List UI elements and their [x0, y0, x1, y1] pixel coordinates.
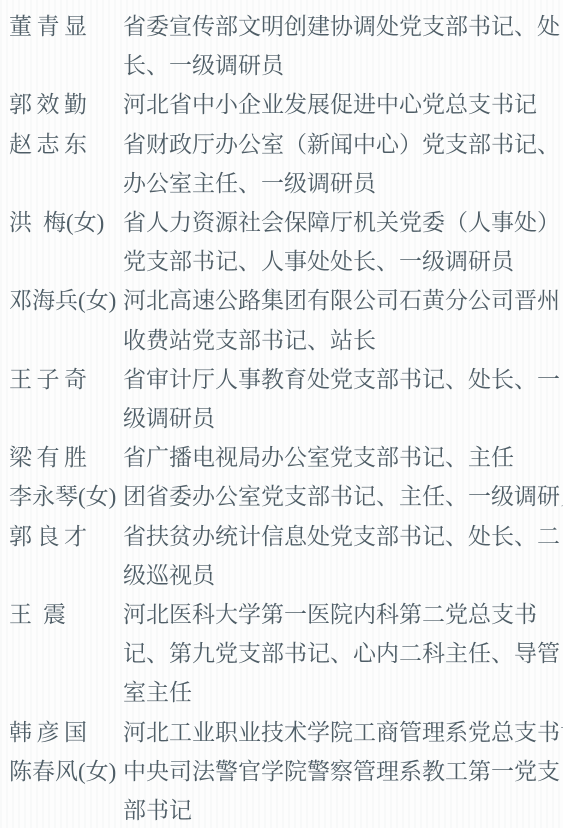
position-line: 省人力资源社会保障厅机关党委（人事处） [123, 203, 563, 242]
list-item: 李永琴(女)团省委办公室党支部书记、主任、一级调研员 [9, 477, 563, 516]
list-item: 韩彦国河北工业职业技术学院工商管理系党总支书记 [9, 713, 563, 752]
person-name-text: 邓海兵 [9, 281, 78, 320]
list-item: 邓海兵(女)河北高速公路集团有限公司石黄分公司晋州收费站党支部书记、站长 [9, 281, 563, 359]
person-name-text: 韩彦国 [9, 713, 87, 752]
person-position: 省扶贫办统计信息处党支部书记、处长、二级巡视员 [123, 517, 563, 595]
position-line: 办公室主任、一级调研员 [123, 164, 563, 203]
position-line: 记、第九党支部书记、心内二科主任、导管 [123, 634, 563, 673]
person-position: 河北省中小企业发展促进中心党总支书记 [123, 85, 563, 124]
person-position: 河北高速公路集团有限公司石黄分公司晋州收费站党支部书记、站长 [123, 281, 563, 359]
person-name: 邓海兵(女) [9, 281, 123, 320]
person-name: 陈春风(女) [9, 752, 123, 791]
person-name: 梁有胜 [9, 438, 123, 477]
list-item: 郭良才省扶贫办统计信息处党支部书记、处长、二级巡视员 [9, 517, 563, 595]
list-item: 郭效勤河北省中小企业发展促进中心党总支书记 [9, 85, 563, 124]
person-name: 郭良才 [9, 517, 123, 556]
person-position: 团省委办公室党支部书记、主任、一级调研员 [123, 477, 563, 516]
position-line: 河北医科大学第一医院内科第二党总支书 [123, 595, 563, 634]
person-position: 省财政厅办公室（新闻中心）党支部书记、办公室主任、一级调研员 [123, 125, 563, 203]
person-name-text: 洪梅 [9, 203, 66, 242]
person-name-text: 陈春风 [9, 752, 78, 791]
position-line: 省委宣传部文明创建协调处党支部书记、处 [123, 7, 563, 46]
person-name: 王震 [9, 595, 123, 634]
person-position: 河北医科大学第一医院内科第二党总支书记、第九党支部书记、心内二科主任、导管室主任 [123, 595, 563, 713]
person-name-text: 王子奇 [9, 360, 87, 399]
person-name: 郭效勤 [9, 85, 123, 124]
female-marker: (女) [78, 288, 116, 313]
person-name-text: 郭效勤 [9, 85, 87, 124]
person-name-text: 李永琴 [9, 477, 78, 516]
position-line: 团省委办公室党支部书记、主任、一级调研员 [123, 477, 563, 516]
person-position: 省委宣传部文明创建协调处党支部书记、处长、一级调研员 [123, 7, 563, 85]
person-position: 河北工业职业技术学院工商管理系党总支书记 [123, 713, 563, 752]
position-line: 中央司法警官学院警察管理系教工第一党支 [123, 752, 563, 791]
list-item: 洪梅(女)省人力资源社会保障厅机关党委（人事处）党支部书记、人事处处长、一级调研… [9, 203, 563, 281]
list-item: 王震河北医科大学第一医院内科第二党总支书记、第九党支部书记、心内二科主任、导管室… [9, 595, 563, 713]
position-line: 收费站党支部书记、站长 [123, 321, 563, 360]
female-marker: (女) [66, 210, 104, 235]
position-line: 部书记 [123, 791, 563, 828]
position-line: 党支部书记、人事处处长、一级调研员 [123, 242, 563, 281]
position-line: 河北高速公路集团有限公司石黄分公司晋州 [123, 281, 563, 320]
female-marker: (女) [78, 484, 116, 509]
person-name: 赵志东 [9, 125, 123, 164]
position-line: 级调研员 [123, 399, 563, 438]
position-line: 河北省中小企业发展促进中心党总支书记 [123, 85, 563, 124]
person-name: 李永琴(女) [9, 477, 123, 516]
person-name-text: 梁有胜 [9, 438, 87, 477]
person-name: 董青显 [9, 7, 123, 46]
position-line: 级巡视员 [123, 556, 563, 595]
person-position: 中央司法警官学院警察管理系教工第一党支部书记 [123, 752, 563, 828]
person-name-text: 王震 [9, 595, 66, 634]
person-name-text: 郭良才 [9, 517, 87, 556]
list-item: 梁有胜省广播电视局办公室党支部书记、主任 [9, 438, 563, 477]
list-item: 董青显省委宣传部文明创建协调处党支部书记、处长、一级调研员 [9, 7, 563, 85]
person-position: 省人力资源社会保障厅机关党委（人事处）党支部书记、人事处处长、一级调研员 [123, 203, 563, 281]
person-name: 韩彦国 [9, 713, 123, 752]
person-name: 洪梅(女) [9, 203, 123, 242]
document-page: 董青显省委宣传部文明创建协调处党支部书记、处长、一级调研员郭效勤河北省中小企业发… [0, 0, 563, 828]
person-name: 王子奇 [9, 360, 123, 399]
list-item: 王子奇省审计厅人事教育处党支部书记、处长、一级调研员 [9, 360, 563, 438]
person-name-text: 赵志东 [9, 125, 87, 164]
position-line: 省审计厅人事教育处党支部书记、处长、一 [123, 360, 563, 399]
female-marker: (女) [78, 759, 116, 784]
person-position: 省广播电视局办公室党支部书记、主任 [123, 438, 563, 477]
person-position: 省审计厅人事教育处党支部书记、处长、一级调研员 [123, 360, 563, 438]
position-line: 河北工业职业技术学院工商管理系党总支书记 [123, 713, 563, 752]
position-line: 室主任 [123, 673, 563, 712]
list-item: 赵志东省财政厅办公室（新闻中心）党支部书记、办公室主任、一级调研员 [9, 125, 563, 203]
person-name-text: 董青显 [9, 7, 87, 46]
list-item: 陈春风(女)中央司法警官学院警察管理系教工第一党支部书记 [9, 752, 563, 828]
position-line: 省广播电视局办公室党支部书记、主任 [123, 438, 563, 477]
position-line: 省扶贫办统计信息处党支部书记、处长、二 [123, 517, 563, 556]
position-line: 省财政厅办公室（新闻中心）党支部书记、 [123, 125, 563, 164]
position-line: 长、一级调研员 [123, 46, 563, 85]
